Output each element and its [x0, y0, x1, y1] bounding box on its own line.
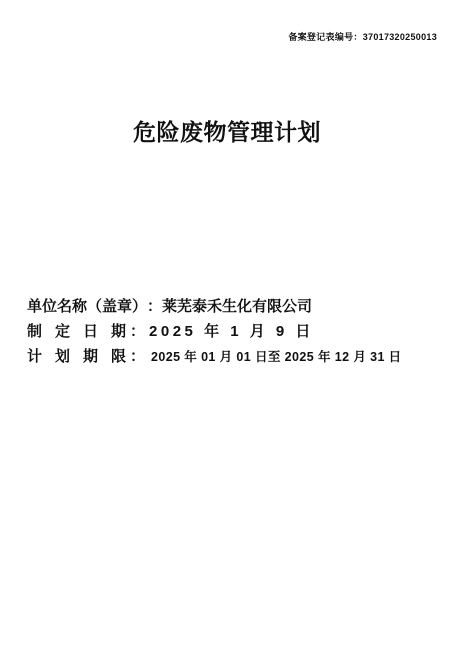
filing-number-line: 备案登记表编号：37017320250013 — [288, 30, 437, 43]
formulation-date-colon: ： — [130, 319, 145, 344]
field-row-formulation-date: 制定日期：2025 年 1 月 9 日 — [27, 319, 427, 344]
filing-number-value: 37017320250013 — [363, 32, 437, 42]
formulation-date-label: 制定日期 — [27, 319, 139, 344]
plan-period-colon: ： — [130, 344, 145, 369]
field-row-plan-period: 计划期限：2025 年 01 月 01 日至 2025 年 12 月 31 日 — [27, 344, 427, 369]
plan-period-value: 2025 年 01 月 01 日至 2025 年 12 月 31 日 — [151, 345, 402, 370]
unit-name-label: 单位名称（盖章） — [27, 294, 147, 319]
field-row-unit-name: 单位名称（盖章）：莱芜泰禾生化有限公司 — [27, 294, 427, 319]
cover-fields: 单位名称（盖章）：莱芜泰禾生化有限公司 制定日期：2025 年 1 月 9 日 … — [27, 294, 427, 369]
document-title: 危险废物管理计划 — [0, 114, 454, 147]
filing-number-label: 备案登记表编号： — [288, 32, 362, 42]
formulation-date-value: 2025 年 1 月 9 日 — [149, 319, 314, 344]
document-page: 备案登记表编号：37017320250013 危险废物管理计划 单位名称（盖章）… — [0, 0, 454, 646]
unit-name-value: 莱芜泰禾生化有限公司 — [162, 294, 312, 319]
plan-period-label: 计划期限 — [27, 344, 139, 369]
unit-name-colon: ： — [147, 294, 162, 319]
